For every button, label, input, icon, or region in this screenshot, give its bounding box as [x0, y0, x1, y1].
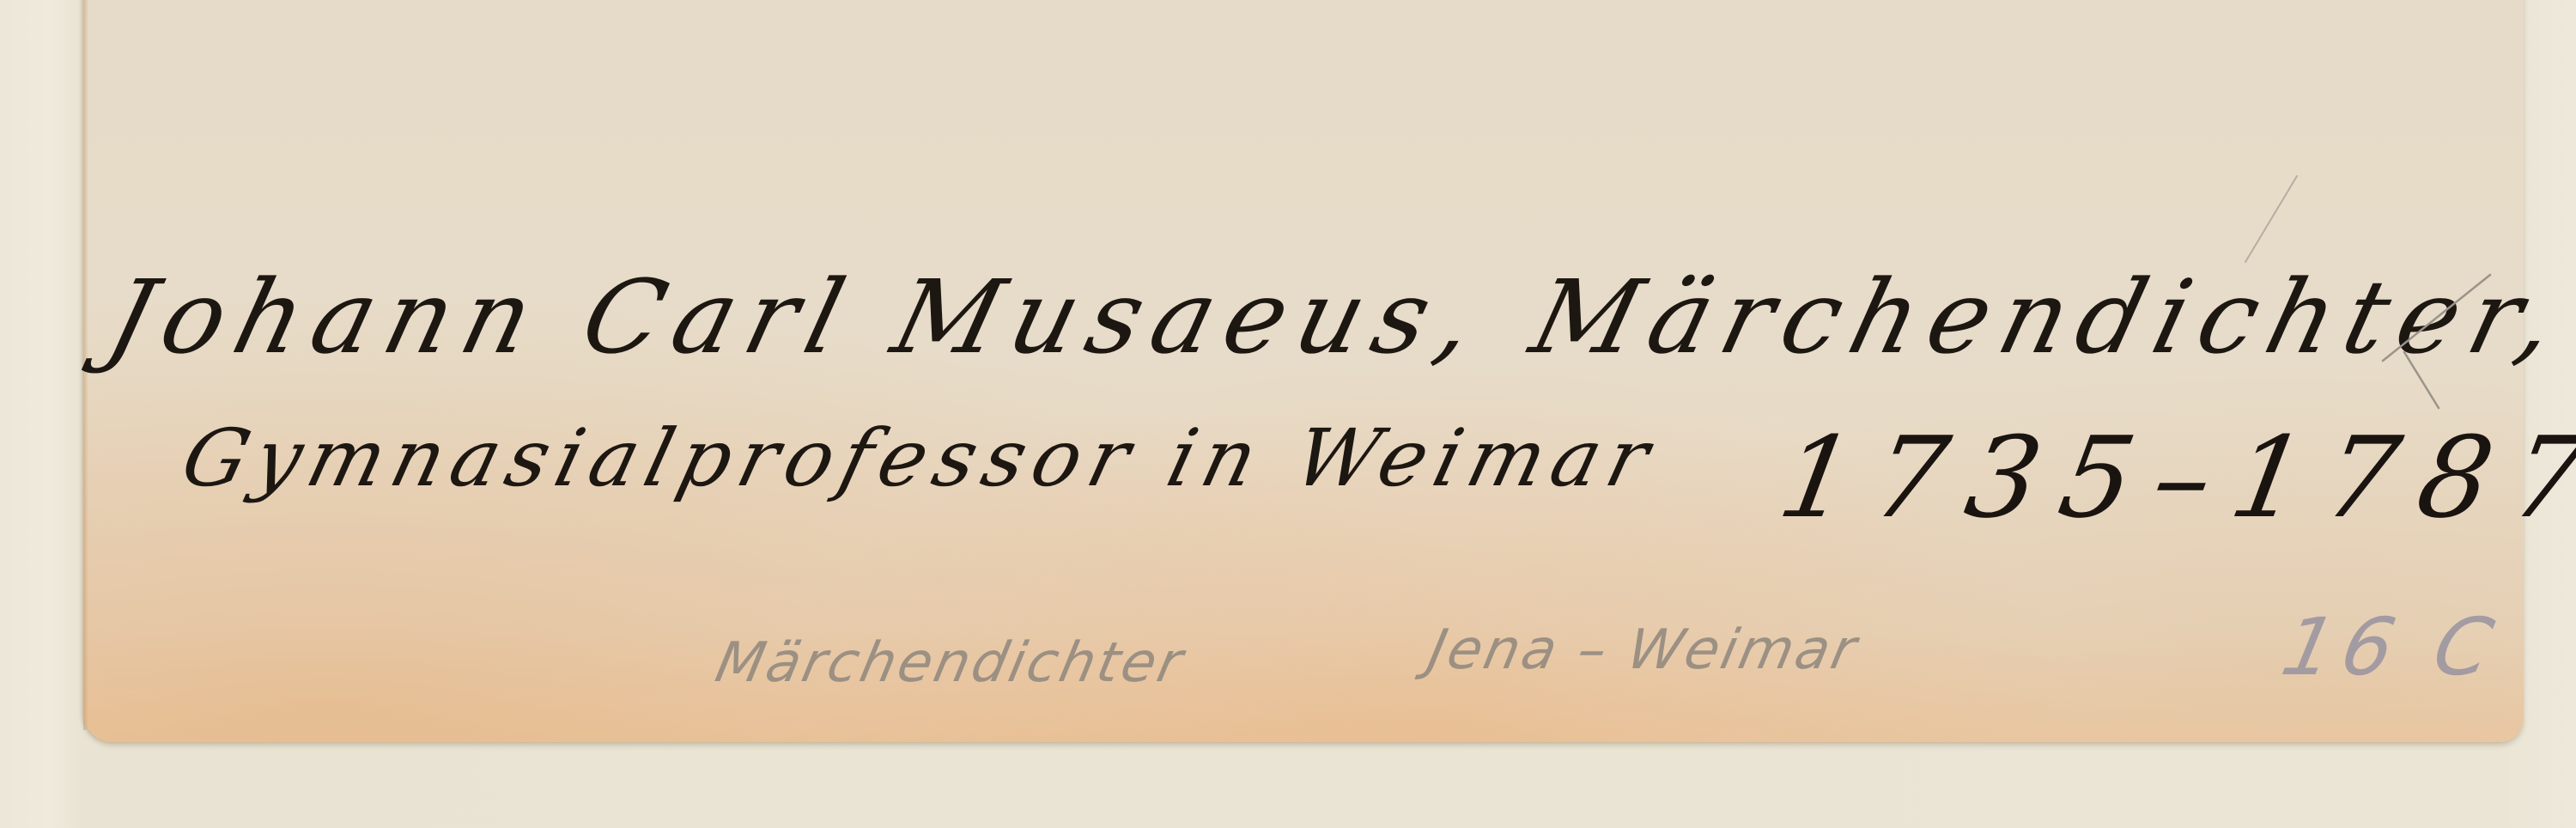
pencil-note-jena-weimar: Jena – Weimar — [1423, 618, 1864, 682]
ink-line-1: Johann Carl Musaeus,Märchendichter, — [97, 258, 2576, 376]
pencil-note-maerchendichter: Märchendichter — [710, 631, 1190, 695]
pencil-faint-stroke-icon — [2237, 172, 2306, 266]
document-photo: Johann Carl Musaeus,Märchendichter, Gymn… — [0, 0, 2576, 828]
pencil-x-mark-icon — [2370, 266, 2499, 412]
role-gymnasium-professor: Gymnasialprofessor in Weimar — [173, 412, 1667, 504]
paper-left-edge — [83, 0, 88, 730]
pencil-note-catalog-number: 16 C — [2275, 601, 2509, 693]
person-name: Johann Carl Musaeus, — [97, 258, 1499, 376]
ink-line-2: Gymnasialprofessor in Weimar — [173, 412, 1667, 504]
life-dates: 1735–1787. — [1771, 412, 2576, 543]
